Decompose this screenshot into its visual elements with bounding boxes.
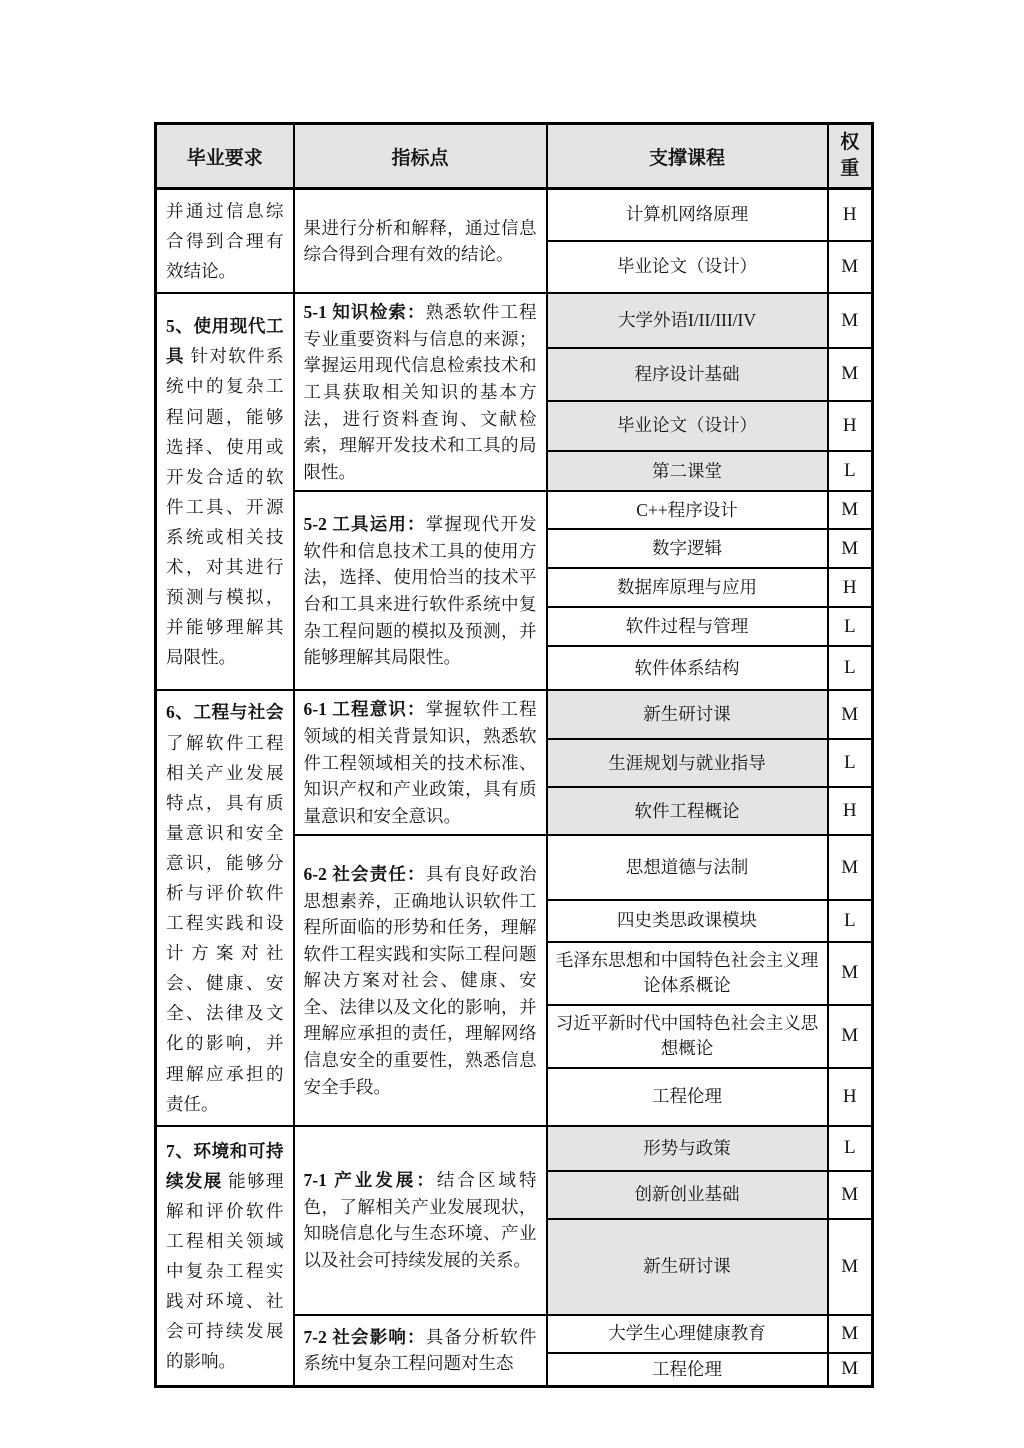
indicator-cell: 7-1 产业发展：结合区域特色，了解相关产业发展现状，知晓信息化与生态环境、产业… bbox=[294, 1126, 547, 1315]
weight-cell: L bbox=[828, 646, 873, 690]
indicator-title: 7-1 产业发展： bbox=[304, 1170, 437, 1190]
course-cell: C++程序设计 bbox=[547, 491, 828, 529]
weight-cell: M bbox=[828, 348, 873, 401]
requirement-cell: 7、环境和可持续发展 能够理解和评价软件工程相关领域中复杂工程实践对环境、社会可… bbox=[156, 1126, 294, 1387]
weight-cell: L bbox=[828, 739, 873, 787]
course-cell: 工程伦理 bbox=[547, 1353, 828, 1387]
weight-cell: M bbox=[828, 241, 873, 293]
course-cell: 第二课堂 bbox=[547, 451, 828, 491]
header-weight: 权重 bbox=[828, 124, 873, 189]
course-cell: 形势与政策 bbox=[547, 1126, 828, 1171]
weight-cell: M bbox=[828, 1005, 873, 1068]
indicator-title: 6-1 工程意识： bbox=[304, 699, 426, 719]
indicator-text: 熟悉软件工程专业重要资料与信息的来源；掌握运用现代信息检索技术和工具获取相关知识… bbox=[304, 302, 537, 482]
indicator-cell: 果进行分析和解释，通过信息综合得到合理有效的结论。 bbox=[294, 189, 547, 294]
curriculum-matrix-table: 毕业要求 指标点 支撑课程 权重 并通过信息综合得到合理有效结论。 果进行分析和… bbox=[154, 122, 874, 1388]
requirement-title: 6、工程与社会 bbox=[166, 702, 284, 722]
course-cell: 习近平新时代中国特色社会主义思想概论 bbox=[547, 1005, 828, 1068]
weight-cell: M bbox=[828, 529, 873, 568]
weight-cell: L bbox=[828, 1126, 873, 1171]
indicator-cell: 5-2 工具运用：掌握现代开发软件和信息技术工具的使用方法，选择、使用恰当的技术… bbox=[294, 491, 547, 690]
weight-cell: M bbox=[828, 942, 873, 1005]
indicator-cell: 5-1 知识检索：熟悉软件工程专业重要资料与信息的来源；掌握运用现代信息检索技术… bbox=[294, 293, 547, 491]
indicator-text: 掌握现代开发软件和信息技术工具的使用方法，选择、使用恰当的技术平台和工具来进行软… bbox=[304, 514, 537, 667]
indicator-title: 5-1 知识检索： bbox=[304, 302, 426, 322]
course-cell: 软件过程与管理 bbox=[547, 607, 828, 646]
header-weight-label: 权重 bbox=[838, 130, 862, 181]
header-requirement: 毕业要求 bbox=[156, 124, 294, 189]
requirement-text: 针对软件系统中的复杂工程问题，能够选择、使用或开发合适的软件工具、开源系统或相关… bbox=[166, 346, 284, 667]
course-cell: 软件工程概论 bbox=[547, 787, 828, 835]
indicator-title: 7-2 社会影响： bbox=[304, 1327, 426, 1347]
requirement-cell: 6、工程与社会 了解软件工程相关产业发展特点，具有质量意识和安全意识，能够分析与… bbox=[156, 690, 294, 1125]
course-cell: 新生研讨课 bbox=[547, 690, 828, 739]
weight-cell: M bbox=[828, 1171, 873, 1219]
weight-cell: L bbox=[828, 607, 873, 646]
weight-cell: M bbox=[828, 1353, 873, 1387]
weight-cell: L bbox=[828, 900, 873, 942]
indicator-text: 具有良好政治思想素养，正确地认识软件工程所面临的形势和任务，理解软件工程实践和实… bbox=[304, 864, 537, 1097]
course-cell: 新生研讨课 bbox=[547, 1219, 828, 1315]
indicator-text: 果进行分析和解释，通过信息综合得到合理有效的结论。 bbox=[304, 218, 537, 265]
course-cell: 毕业论文（设计） bbox=[547, 401, 828, 452]
course-cell: 程序设计基础 bbox=[547, 348, 828, 401]
weight-cell: M bbox=[828, 293, 873, 348]
course-row: 7、环境和可持续发展 能够理解和评价软件工程相关领域中复杂工程实践对环境、社会可… bbox=[156, 1126, 873, 1171]
weight-cell: M bbox=[828, 1219, 873, 1315]
course-cell: 四史类思政课模块 bbox=[547, 900, 828, 942]
indicator-cell: 6-1 工程意识：掌握软件工程领域的相关背景知识，熟悉软件工程领域相关的技术标准… bbox=[294, 690, 547, 835]
requirement-text: 并通过信息综合得到合理有效结论。 bbox=[166, 201, 284, 281]
weight-cell: M bbox=[828, 491, 873, 529]
header-course: 支撑课程 bbox=[547, 124, 828, 189]
weight-cell: M bbox=[828, 1315, 873, 1353]
header-indicator: 指标点 bbox=[294, 124, 547, 189]
weight-cell: H bbox=[828, 1068, 873, 1126]
weight-cell: L bbox=[828, 451, 873, 491]
weight-cell: H bbox=[828, 568, 873, 607]
indicator-cell: 7-2 社会影响：具备分析软件系统中复杂工程问题对生态 bbox=[294, 1315, 547, 1387]
course-cell: 工程伦理 bbox=[547, 1068, 828, 1126]
course-cell: 计算机网络原理 bbox=[547, 189, 828, 241]
requirement-text: 能够理解和评价软件工程相关领域中复杂工程实践对环境、社会可持续发展的影响。 bbox=[166, 1171, 284, 1372]
course-cell: 大学外语I/II/III/IV bbox=[547, 293, 828, 348]
document-page: 毕业要求 指标点 支撑课程 权重 并通过信息综合得到合理有效结论。 果进行分析和… bbox=[0, 0, 1024, 1448]
course-cell: 思想道德与法制 bbox=[547, 835, 828, 899]
course-cell: 大学生心理健康教育 bbox=[547, 1315, 828, 1353]
course-row: 5、使用现代工具 针对软件系统中的复杂工程问题，能够选择、使用或开发合适的软件工… bbox=[156, 293, 873, 348]
course-cell: 软件体系结构 bbox=[547, 646, 828, 690]
course-cell: 创新创业基础 bbox=[547, 1171, 828, 1219]
weight-cell: H bbox=[828, 787, 873, 835]
requirement-cell: 5、使用现代工具 针对软件系统中的复杂工程问题，能够选择、使用或开发合适的软件工… bbox=[156, 293, 294, 690]
indicator-cell: 6-2 社会责任：具有良好政治思想素养，正确地认识软件工程所面临的形势和任务，理… bbox=[294, 835, 547, 1125]
course-cell: 数据库原理与应用 bbox=[547, 568, 828, 607]
requirement-text: 了解软件工程相关产业发展特点，具有质量意识和安全意识，能够分析与评价软件工程实践… bbox=[166, 733, 284, 1114]
indicator-title: 6-2 社会责任： bbox=[304, 864, 426, 884]
course-row: 并通过信息综合得到合理有效结论。 果进行分析和解释，通过信息综合得到合理有效的结… bbox=[156, 189, 873, 241]
course-row: 6、工程与社会 了解软件工程相关产业发展特点，具有质量意识和安全意识，能够分析与… bbox=[156, 690, 873, 739]
weight-cell: M bbox=[828, 835, 873, 899]
weight-cell: H bbox=[828, 401, 873, 452]
requirement-cell: 并通过信息综合得到合理有效结论。 bbox=[156, 189, 294, 294]
header-row: 毕业要求 指标点 支撑课程 权重 bbox=[156, 124, 873, 189]
indicator-title: 5-2 工具运用： bbox=[304, 514, 426, 534]
course-cell: 毕业论文（设计） bbox=[547, 241, 828, 293]
weight-cell: H bbox=[828, 189, 873, 241]
course-cell: 数字逻辑 bbox=[547, 529, 828, 568]
course-cell: 毛泽东思想和中国特色社会主义理论体系概论 bbox=[547, 942, 828, 1005]
weight-cell: M bbox=[828, 690, 873, 739]
course-cell: 生涯规划与就业指导 bbox=[547, 739, 828, 787]
